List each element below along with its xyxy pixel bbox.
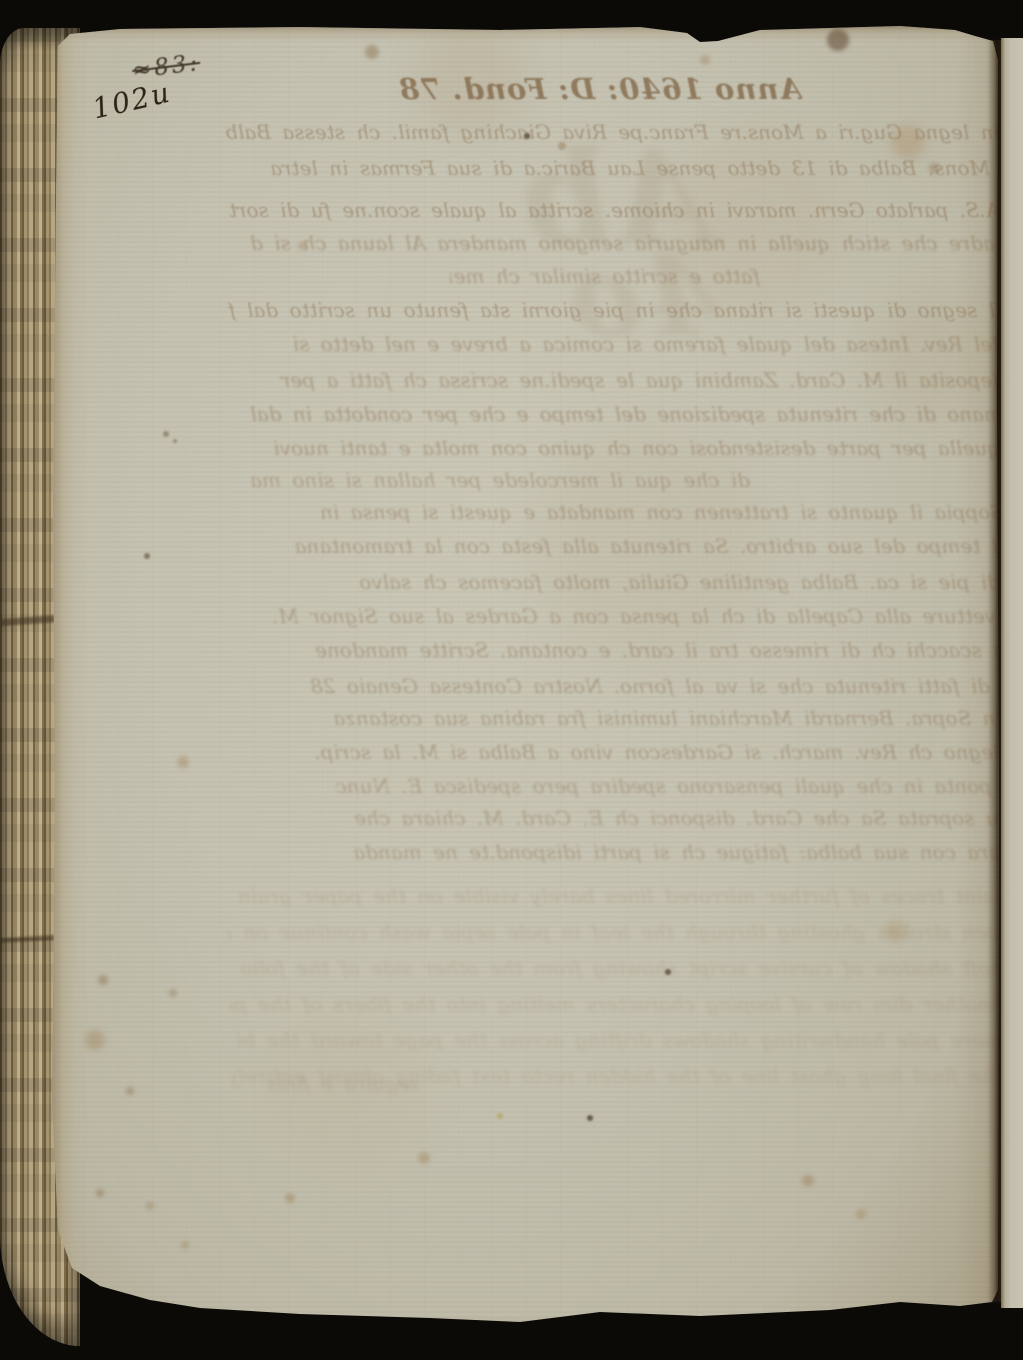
manuscript-page: Ab4o ≈83: 102u Anno 1640: D: Fond. 78. i… [50, 26, 1000, 1336]
showthrough-line: di fatti ritenuta che si va al forno. No… [245, 674, 990, 701]
stain [98, 975, 108, 985]
stain [497, 1113, 503, 1119]
showthrough-line: al tempo del suo arbitro. Sa ritenuta al… [235, 534, 1010, 561]
showthrough-line: in Sopra. Bernardi Marchiani luminisi fr… [230, 706, 1002, 733]
stain [587, 1115, 593, 1121]
showthrough-line: more pale handwriting shadows drifting a… [235, 1028, 1003, 1055]
stain [700, 55, 710, 65]
stain [285, 1193, 295, 1203]
stain [173, 439, 177, 443]
stain [85, 1030, 105, 1050]
showthrough-line: degno ch Rev. march. si Gardescon vino a… [236, 740, 1006, 767]
showthrough-line: pen strokes ghosting through the leaf in… [228, 920, 1000, 947]
stain [365, 45, 379, 59]
showthrough-line: fatto e scritto similar ch mense fin [450, 264, 760, 291]
stain [163, 431, 169, 437]
adjacent-page-sliver [1001, 38, 1023, 1308]
stain [177, 756, 189, 768]
showthrough-line: a scacchi ch di rimesso tra il card. e c… [230, 638, 1005, 665]
showthrough-line: di che qua il mercolede per hallan si si… [250, 468, 750, 495]
gutter-crease [988, 40, 1002, 1302]
showthrough-line: Soppia il quanto si trattenen con mandat… [232, 500, 1004, 527]
showthrough-line: quella per parte desistendosi con ch qui… [240, 436, 1000, 463]
showthrough-line: faint traces of further mirrored lines b… [232, 884, 1002, 911]
page-top-edge-notch [686, 19, 733, 38]
showthrough-line: another dim row of looping characters me… [230, 992, 1002, 1019]
showthrough-line: in legna Gug.ri a Mons.re Franc.pe Riva … [225, 120, 1000, 147]
showthrough-line: fara con sua balba: fatigue ch si parti … [240, 840, 1008, 867]
showthrough-line: Mons. Balba di 13 detto pense Lau Baric.… [260, 156, 990, 183]
showthrough-line: deposita il M. Card. Zambini qua le sped… [230, 368, 1005, 395]
showthrough-line: fu soprata Sa che Card. disponci ch E. C… [236, 806, 1006, 833]
stain [827, 29, 849, 51]
stain [146, 1202, 154, 1210]
stain [181, 1241, 189, 1249]
stain [856, 1209, 866, 1219]
showthrough-line: di pie si ca. Balba gentiline Giulia, mo… [230, 570, 1000, 597]
showthrough-line: seguira e finis [235, 1072, 420, 1099]
stain [169, 989, 177, 997]
stain [418, 1152, 430, 1164]
folio-number: 102u [89, 75, 174, 125]
showthrough-line: adre che stich quella in nauguria sengon… [250, 231, 995, 258]
showthrough-line: mano di che ritenuta spedizione del temp… [225, 402, 1003, 429]
stain [126, 1087, 134, 1095]
showthrough-line: del Rev. Intesa del quale faremo si comi… [235, 332, 1005, 359]
manuscript-scan: Ab4o ≈83: 102u Anno 1640: D: Fond. 78. i… [0, 0, 1023, 1360]
showthrough-line: A.S. parlato Gern. maravi in chiome. scr… [230, 198, 1000, 225]
showthrough-line: Il segno di questi si ritana che in pie … [228, 298, 1003, 325]
showthrough-line: soft shadow of cursive script showing fr… [235, 956, 1000, 983]
stain [802, 1175, 814, 1187]
showthrough-line: vetture alla Capella di ch la pensa con … [236, 604, 996, 631]
stain [96, 1189, 104, 1197]
showthrough-line: ponta in che quali pensarono spedira per… [230, 774, 992, 801]
showthrough-header-mirrored: Anno 1640: D: Fond. 78. [400, 72, 802, 112]
stain [144, 553, 150, 559]
